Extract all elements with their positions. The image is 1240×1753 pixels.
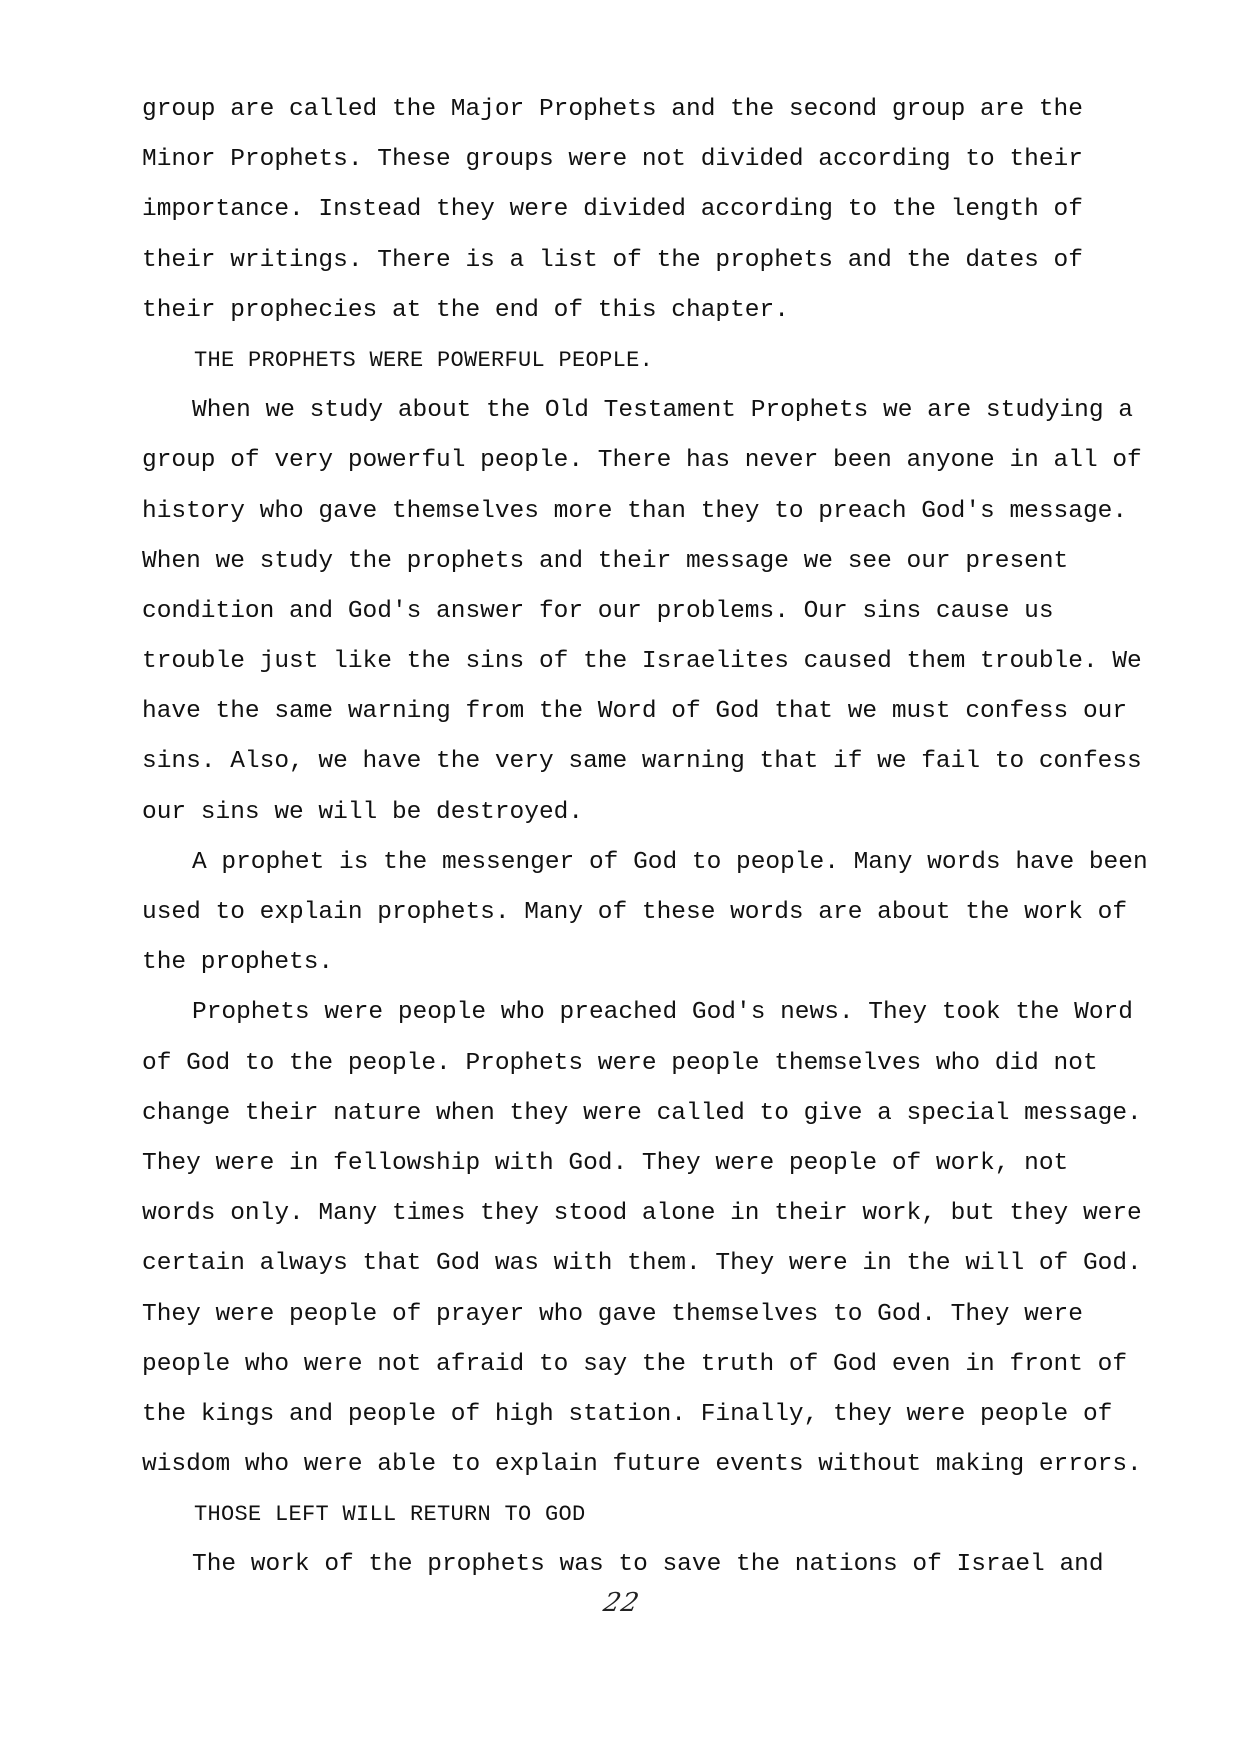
text-line: When we study about the Old Testament Pr… <box>142 386 1142 436</box>
text-line: history who gave themselves more than th… <box>142 487 1142 537</box>
text-line: trouble just like the sins of the Israel… <box>142 637 1142 687</box>
text-line: The work of the prophets was to save the… <box>142 1540 1142 1590</box>
text-line: the kings and people of high station. Fi… <box>142 1390 1142 1440</box>
page-number: 22 <box>601 1588 642 1618</box>
text-line: our sins we will be destroyed. <box>142 788 1142 838</box>
text-line: wisdom who were able to explain future e… <box>142 1440 1142 1490</box>
section-heading: THE PROPHETS WERE POWERFUL PEOPLE. <box>142 336 1142 386</box>
text-line: sins. Also, we have the very same warnin… <box>142 737 1142 787</box>
body-text: group are called the Major Prophets and … <box>142 85 1142 1591</box>
text-line: Prophets were people who preached God's … <box>142 988 1142 1038</box>
text-line: of God to the people. Prophets were peop… <box>142 1039 1142 1089</box>
text-line: Minor Prophets. These groups were not di… <box>142 135 1142 185</box>
document-page: group are called the Major Prophets and … <box>0 0 1240 1753</box>
text-line: They were in fellowship with God. They w… <box>142 1139 1142 1189</box>
text-line: A prophet is the messenger of God to peo… <box>142 838 1142 888</box>
text-line: have the same warning from the Word of G… <box>142 687 1142 737</box>
text-line: words only. Many times they stood alone … <box>142 1189 1142 1239</box>
text-line: their prophecies at the end of this chap… <box>142 286 1142 336</box>
text-line: change their nature when they were calle… <box>142 1089 1142 1139</box>
text-line: condition and God's answer for our probl… <box>142 587 1142 637</box>
text-line: They were people of prayer who gave them… <box>142 1290 1142 1340</box>
text-line: importance. Instead they were divided ac… <box>142 185 1142 235</box>
section-heading: THOSE LEFT WILL RETURN TO GOD <box>142 1490 1142 1540</box>
text-line: When we study the prophets and their mes… <box>142 537 1142 587</box>
text-line: people who were not afraid to say the tr… <box>142 1340 1142 1390</box>
text-line: the prophets. <box>142 938 1142 988</box>
text-line: group of very powerful people. There has… <box>142 436 1142 486</box>
text-line: group are called the Major Prophets and … <box>142 85 1142 135</box>
text-line: used to explain prophets. Many of these … <box>142 888 1142 938</box>
text-line: certain always that God was with them. T… <box>142 1239 1142 1289</box>
text-line: their writings. There is a list of the p… <box>142 236 1142 286</box>
